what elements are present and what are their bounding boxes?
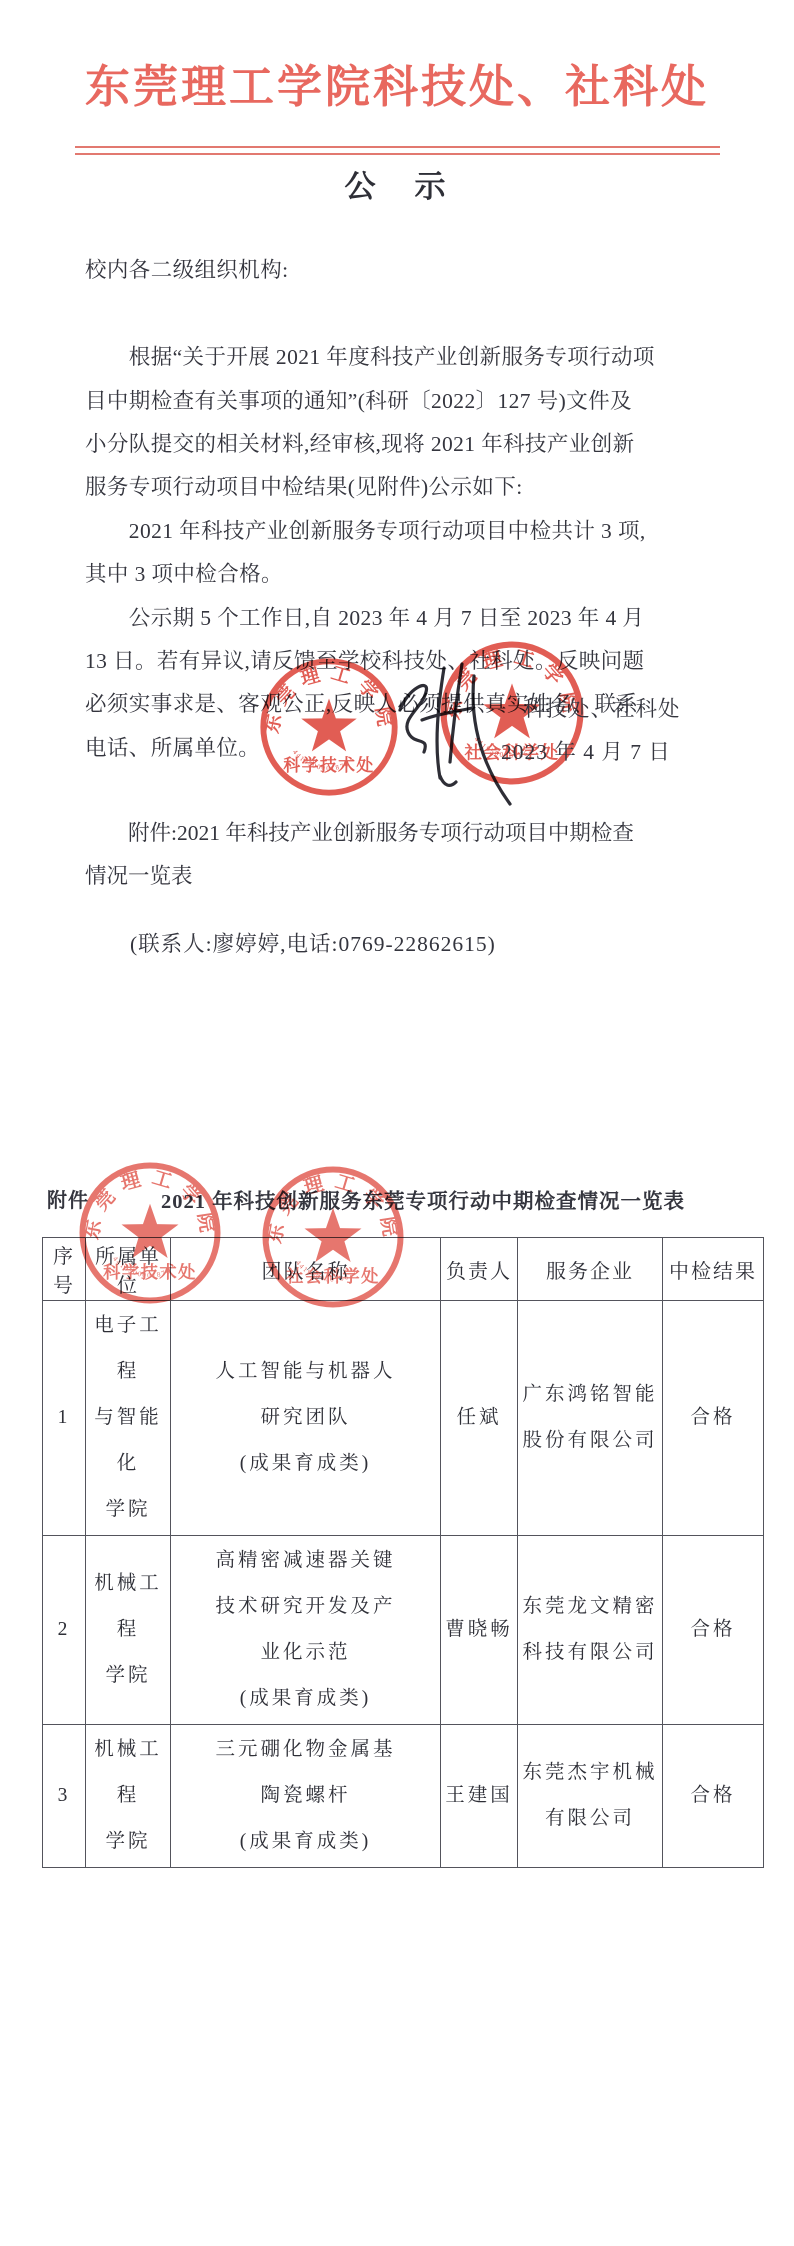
science-tech-office-seal-attachment: 东莞理工学院 科学技术处 4419500001876: [75, 1158, 225, 1308]
document-page: 东莞理工学院科技处、社科处 公 示 校内各二级组织机构: 根据“关于开展 202…: [0, 0, 794, 2246]
masthead-divider: [75, 146, 720, 155]
table-cell: 人工智能与机器人 研究团队 (成果育成类): [171, 1301, 441, 1536]
table-cell: 合格: [663, 1536, 764, 1725]
seal-star-icon: [301, 699, 356, 752]
table-cell: 1: [43, 1301, 86, 1536]
table-cell: 合格: [663, 1725, 764, 1868]
doc-title: 公 示: [0, 161, 794, 206]
signing-date: 2023 年 4 月 7 日: [501, 735, 671, 766]
header-cell: 中检结果: [663, 1238, 764, 1301]
table-cell: 电子工程 与智能化 学院: [86, 1301, 171, 1536]
table-cell: 机械工程 学院: [86, 1536, 171, 1725]
seal-star-icon: [122, 1204, 179, 1258]
table-cell: 机械工程 学院: [86, 1725, 171, 1868]
table-row: 2机械工程 学院高精密减速器关键 技术研究开发及产 业化示范 (成果育成类)曹晓…: [43, 1536, 764, 1725]
contact-line: (联系人:廖婷婷,电话:0769-22862615): [130, 927, 496, 958]
table-row: 3机械工程 学院三元硼化物金属基 陶瓷螺杆 (成果育成类)王建国东莞杰宇机械 有…: [43, 1725, 764, 1868]
table-cell: 东莞杰宇机械 有限公司: [518, 1725, 663, 1868]
table-cell: 任斌: [441, 1301, 518, 1536]
table-cell: 合格: [663, 1301, 764, 1536]
header-cell: 负责人: [441, 1238, 518, 1301]
masthead-title: 东莞理工学院科技处、社科处: [0, 50, 794, 115]
results-table-body: 1电子工程 与智能化 学院人工智能与机器人 研究团队 (成果育成类)任斌广东鸿铭…: [43, 1301, 764, 1868]
table-cell: 高精密减速器关键 技术研究开发及产 业化示范 (成果育成类): [171, 1536, 441, 1725]
social-science-office-seal-attachment: 东莞理工学院 社会科学处 4419500001863: [258, 1162, 408, 1312]
table-cell: 东莞龙文精密 科技有限公司: [518, 1536, 663, 1725]
table-cell: 广东鸿铭智能 股份有限公司: [518, 1301, 663, 1536]
results-table: 序号所属单位团队名称负责人服务企业中检结果 1电子工程 与智能化 学院人工智能与…: [42, 1237, 764, 1868]
table-row: 1电子工程 与智能化 学院人工智能与机器人 研究团队 (成果育成类)任斌广东鸿铭…: [43, 1301, 764, 1536]
table-cell: 三元硼化物金属基 陶瓷螺杆 (成果育成类): [171, 1725, 441, 1868]
table-cell: 曹晓畅: [441, 1536, 518, 1725]
table-cell: 3: [43, 1725, 86, 1868]
signing-departments: 科技处、社科处: [523, 692, 681, 723]
attachment-note: 附件:2021 年科技产业创新服务专项行动项目中期检查 情况一览表: [85, 812, 725, 899]
table-cell: 王建国: [441, 1725, 518, 1868]
header-cell: 服务企业: [518, 1238, 663, 1301]
salutation: 校内各二级组织机构:: [85, 249, 721, 292]
science-tech-office-seal: 东莞理工学院 科学技术处 4419500001876: [256, 654, 402, 800]
table-cell: 2: [43, 1536, 86, 1725]
seal-star-icon: [305, 1208, 362, 1262]
